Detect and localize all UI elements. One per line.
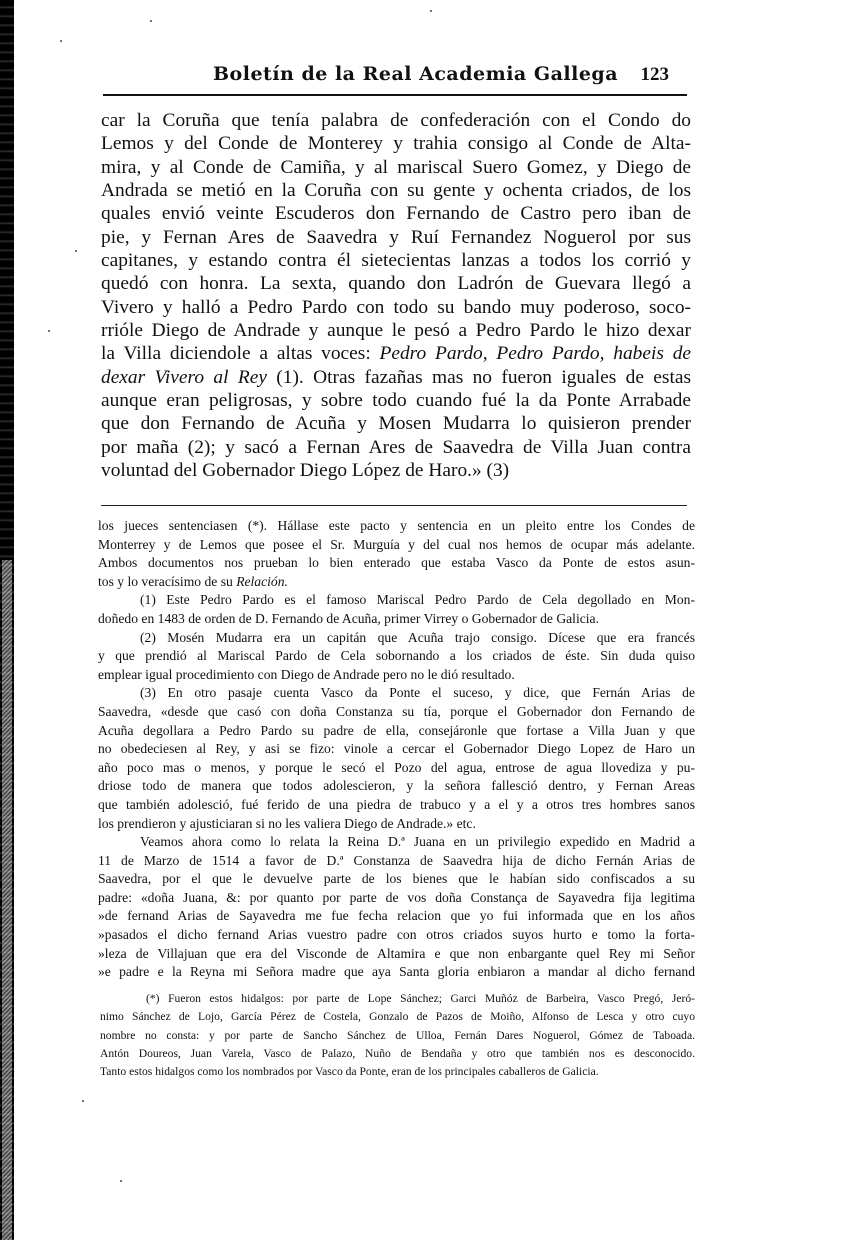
footnote-2-line: emplear igual procedimiento con Diego de… bbox=[98, 666, 695, 685]
scan-speck bbox=[75, 250, 77, 252]
footnote-3-continuation-line: »leza de Villajuan que era del Visconde … bbox=[98, 945, 695, 964]
scanned-binding-edge bbox=[0, 0, 14, 1240]
running-title: Boletín de la Real Academia Gallega bbox=[213, 63, 618, 85]
body-line: Lemos y del Conde de Monterey y trahia c… bbox=[101, 132, 691, 155]
footnote-3-line: no obedeciesen al Rey, y asi se fizo: vi… bbox=[98, 740, 695, 759]
body-line: car la Coruña que tenía palabra de confe… bbox=[101, 109, 691, 132]
footnote-line: los jueces sentenciasen (*). Hállase est… bbox=[98, 517, 695, 536]
footnote-3-line: (3) En otro pasaje cuenta Vasco da Ponte… bbox=[98, 684, 695, 703]
footnote-3-line: año poco mas o menos, y porque le secó e… bbox=[98, 759, 695, 778]
footnote-3-continuation-line: 11 de Marzo de 1514 a favor de D.ª Const… bbox=[98, 852, 695, 871]
body-text-italic-quote: Pedro Pardo, Pedro Pardo, habeis de bbox=[380, 343, 691, 364]
body-line: que don Fernando de Acuña y Mosen Mudarr… bbox=[101, 412, 691, 435]
footnote-italic-title: Relación. bbox=[236, 574, 288, 589]
footnote-3-continuation-line: »de fernand Arias de Sayavedra me fue fe… bbox=[98, 907, 695, 926]
asterisk-note-line: Antón Doureos, Juan Varela, Vasco de Pal… bbox=[100, 1045, 695, 1063]
header-rule bbox=[103, 94, 687, 96]
body-line: capitanes, y estando contra él sietecien… bbox=[101, 249, 691, 272]
body-line: pie, y Fernan Ares de Saavedra y Ruí Fer… bbox=[101, 226, 691, 249]
footnote-3-continuation-line: »pasados el dicho fernand Arias vuestro … bbox=[98, 926, 695, 945]
running-header: Boletín de la Real Academia Gallega 123 bbox=[103, 63, 687, 93]
body-line: dexar Vivero al Rey (1). Otras fazañas m… bbox=[101, 366, 691, 389]
footnote-3-line: Acuña degollara a Pedro Pardo su padre d… bbox=[98, 722, 695, 741]
body-line: quedó con honra. La sexta, quando don La… bbox=[101, 272, 691, 295]
body-line: voluntad del Gobernador Diego López de H… bbox=[101, 459, 691, 482]
asterisk-note-line: nimo Sánchez de Lojo, García Pérez de Co… bbox=[100, 1008, 695, 1026]
body-line: Vivero y halló a Pedro Pardo con todo su… bbox=[101, 296, 691, 319]
footnote-3-continuation-line: padre: «doña Juana, &: por quanto por pa… bbox=[98, 889, 695, 908]
footnote-line: Monterrey y de Lemos que posee el Sr. Mu… bbox=[98, 536, 695, 555]
scan-speck bbox=[120, 1180, 122, 1182]
footnote-1-line: doñedo en 1483 de orden de D. Fernando d… bbox=[98, 610, 695, 629]
asterisk-footnote: (*) Fueron estos hidalgos: por parte de … bbox=[100, 990, 695, 1081]
scan-speck bbox=[82, 1100, 84, 1102]
footnote-line: tos y lo veracísimo de su Relación. bbox=[98, 573, 695, 592]
body-line: la Villa diciendole a altas voces: Pedro… bbox=[101, 342, 691, 365]
footnote-text: tos y lo veracísimo de su bbox=[98, 574, 236, 589]
footnote-line: Ambos documentos nos prueban lo bien ent… bbox=[98, 554, 695, 573]
body-line: por maña (2); y sacó a Fernan Ares de Sa… bbox=[101, 436, 691, 459]
asterisk-note-line: Tanto estos hidalgos como los nombrados … bbox=[100, 1063, 695, 1081]
footnote-3-continuation-line: »e padre e la Reyna mi Señora madre que … bbox=[98, 963, 695, 982]
asterisk-note-line: nombre no consta: y por parte de Sancho … bbox=[100, 1027, 695, 1045]
footnote-separator-rule bbox=[101, 505, 687, 506]
scan-speck bbox=[150, 20, 152, 22]
footnote-3-continuation-line: Saavedra, por el que le devuelve parte d… bbox=[98, 870, 695, 889]
body-text-italic-quote: dexar Vivero al Rey bbox=[101, 367, 267, 388]
footnote-3-continuation-line: Veamos ahora como lo relata la Reina D.ª… bbox=[98, 833, 695, 852]
scan-speck bbox=[48, 330, 50, 332]
footnote-2-line: (2) Mosén Mudarra era un capitán que Acu… bbox=[98, 629, 695, 648]
scan-speck bbox=[60, 40, 62, 42]
footnote-2-line: y que prendió al Mariscal Pardo de Cela … bbox=[98, 647, 695, 666]
scan-speck bbox=[430, 10, 432, 12]
footnote-3-line: que también adolesció, fué ferido de una… bbox=[98, 796, 695, 815]
body-line: Andrada se metió en la Coruña con su gen… bbox=[101, 179, 691, 202]
body-line: rrióle Diego de Andrade y aunque le pesó… bbox=[101, 319, 691, 342]
body-text-roman: (1). Otras fazañas mas no fueron iguales… bbox=[267, 367, 691, 388]
footnote-1-line: (1) Este Pedro Pardo es el famoso Marisc… bbox=[98, 591, 695, 610]
footnote-3-line: driose todo de manera que todos adolesci… bbox=[98, 777, 695, 796]
footnote-3-line: los prendieron y ajusticiaran si no les … bbox=[98, 815, 695, 834]
page-number: 123 bbox=[641, 64, 670, 86]
body-line: aunque eran peligrosas, y sobre todo cua… bbox=[101, 389, 691, 412]
asterisk-note-line: (*) Fueron estos hidalgos: por parte de … bbox=[100, 990, 695, 1008]
main-body-text: car la Coruña que tenía palabra de confe… bbox=[101, 109, 691, 483]
body-text-roman: la Villa diciendole a altas voces: bbox=[101, 343, 380, 364]
footnote-3-line: Saavedra, «desde que casó con doña Const… bbox=[98, 703, 695, 722]
body-line: quales envió veinte Escuderos don Fernan… bbox=[101, 202, 691, 225]
footnotes: los jueces sentenciasen (*). Hállase est… bbox=[98, 517, 695, 982]
body-line: mira, y al Conde de Camiña, y al marisca… bbox=[101, 156, 691, 179]
